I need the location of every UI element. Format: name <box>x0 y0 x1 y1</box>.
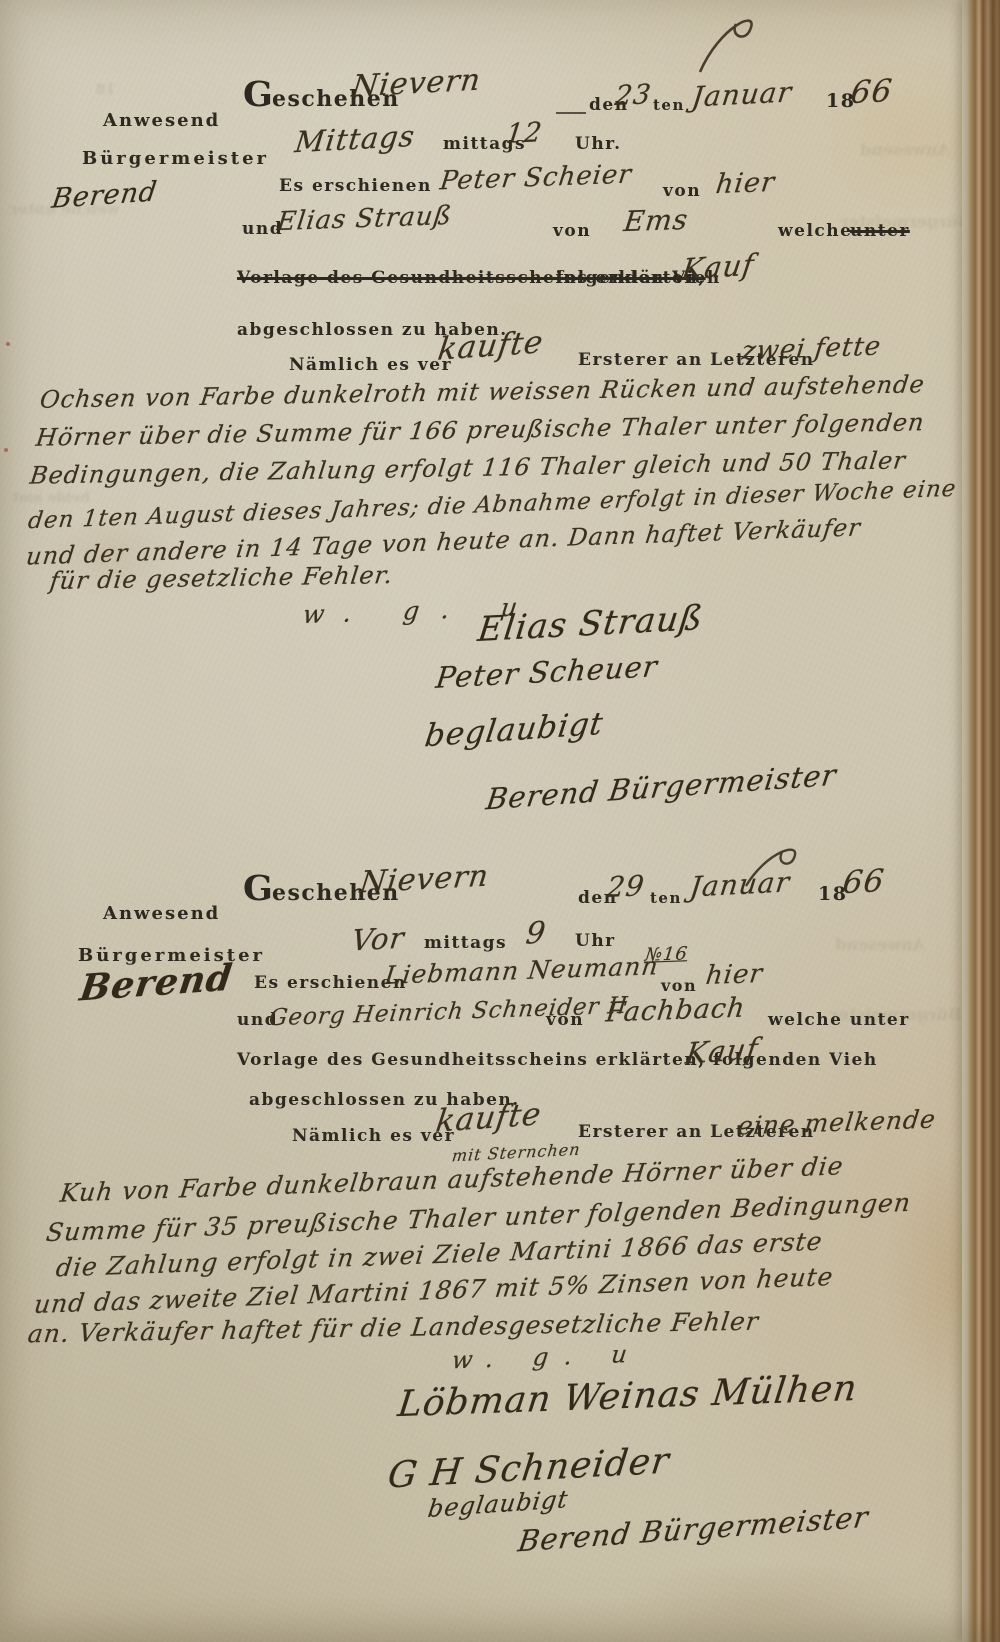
label-von: von <box>663 181 701 201</box>
body-line: Ochsen von Farbe dunkelroth mit weissen … <box>38 370 926 414</box>
ink-speck <box>6 342 10 346</box>
body-line: Hörner über die Summe für 166 preußische… <box>34 408 926 452</box>
place-entry: Nievern <box>358 858 491 900</box>
bleedthrough-text: Anwesend <box>835 935 925 954</box>
party1-place-entry: hier <box>714 167 777 200</box>
place-entry: Nievern <box>350 62 483 104</box>
year-entry: 66 <box>849 73 895 111</box>
label-naemlich: Nämlich es ver <box>292 1126 455 1146</box>
house-number-note: №16 <box>644 943 690 966</box>
book-page-edge <box>962 0 1000 1642</box>
month-entry: Januar <box>690 75 794 113</box>
year-entry: 66 <box>841 863 887 901</box>
month-entry: Januar <box>688 865 792 903</box>
label-ten: ten <box>653 96 685 114</box>
time-of-day-entry: Vor <box>350 920 407 957</box>
kauf-entry: Kauf <box>684 1031 761 1070</box>
wgu-abbreviation: w. g. u <box>450 1340 644 1375</box>
party2-place-entry: Ems <box>622 203 690 238</box>
label-geschehen-initial: G <box>243 868 274 909</box>
bleedthrough-text: Anwesend <box>860 140 950 159</box>
ink-flourish <box>690 6 780 76</box>
hour-entry: 12 <box>504 117 544 150</box>
time-of-day-entry: Mittags <box>293 119 417 160</box>
day-entry: 23 <box>613 79 653 112</box>
object-entry: zwei fette <box>740 331 883 366</box>
label-uhr: Uhr <box>575 931 616 951</box>
label-von: von <box>661 976 697 995</box>
label-von: von <box>553 221 591 241</box>
party2-name-entry: Elias Strauß <box>275 201 454 237</box>
ink-speck <box>4 448 8 452</box>
hour-entry: 9 <box>524 915 548 951</box>
label-anwesend: Anwesend <box>103 903 220 924</box>
label-ten: ten <box>650 889 682 907</box>
label-uhr: Uhr. <box>575 134 622 154</box>
signature-party1: Peter Scheuer <box>434 649 660 695</box>
party1-name-entry: Peter Scheier <box>438 160 633 197</box>
label-geschehen-initial: G <box>243 74 274 115</box>
bleedthrough-text: 18 <box>96 82 115 98</box>
label-welche-unter: welche unter <box>768 1010 910 1030</box>
label-unter-struck: unter <box>850 221 910 241</box>
label-es-erschienen: Es erschienen <box>279 176 432 196</box>
party1-name-entry: Liebmann Neumann <box>383 951 660 990</box>
kauf-entry: Kauf <box>680 247 757 286</box>
kaufte-entry: kaufte <box>436 324 546 368</box>
fill-rule <box>556 112 586 114</box>
party2-place-entry: Fachbach <box>604 992 747 1028</box>
body-line: für die gesetzliche Fehler. <box>48 561 395 595</box>
beglaubigt-note: beglaubigt <box>423 706 606 755</box>
clause-full: Vorlage des Gesundheitsscheins erklärten… <box>237 1050 878 1070</box>
label-buergermeister: Bürgermeister <box>82 148 269 169</box>
mayor-signature-line: Berend Bürgermeister <box>516 1500 871 1559</box>
bleedthrough-text: beide amt <box>12 490 90 506</box>
label-welche: welche <box>778 221 852 241</box>
paper-stain <box>620 1560 920 1642</box>
kaufte-entry: kaufte <box>434 1096 544 1140</box>
party1-place-entry: hier <box>704 959 765 991</box>
label-anwesend: Anwesend <box>103 110 220 131</box>
label-naemlich: Nämlich es ver <box>289 355 452 375</box>
day-entry: 29 <box>605 869 647 904</box>
mayor-margin-signature: Berend <box>50 176 160 215</box>
document-scan-page: Anwesend Bürgermeister welche unter Anwe… <box>0 0 1000 1642</box>
label-mittags: mittags <box>424 933 507 953</box>
mayor-signature-line: Berend Bürgermeister <box>484 758 839 817</box>
signature-party1: Löbman Weinas Mülhen <box>396 1368 860 1425</box>
label-von: von <box>546 1010 584 1030</box>
object-entry: eine melkende <box>736 1104 937 1140</box>
